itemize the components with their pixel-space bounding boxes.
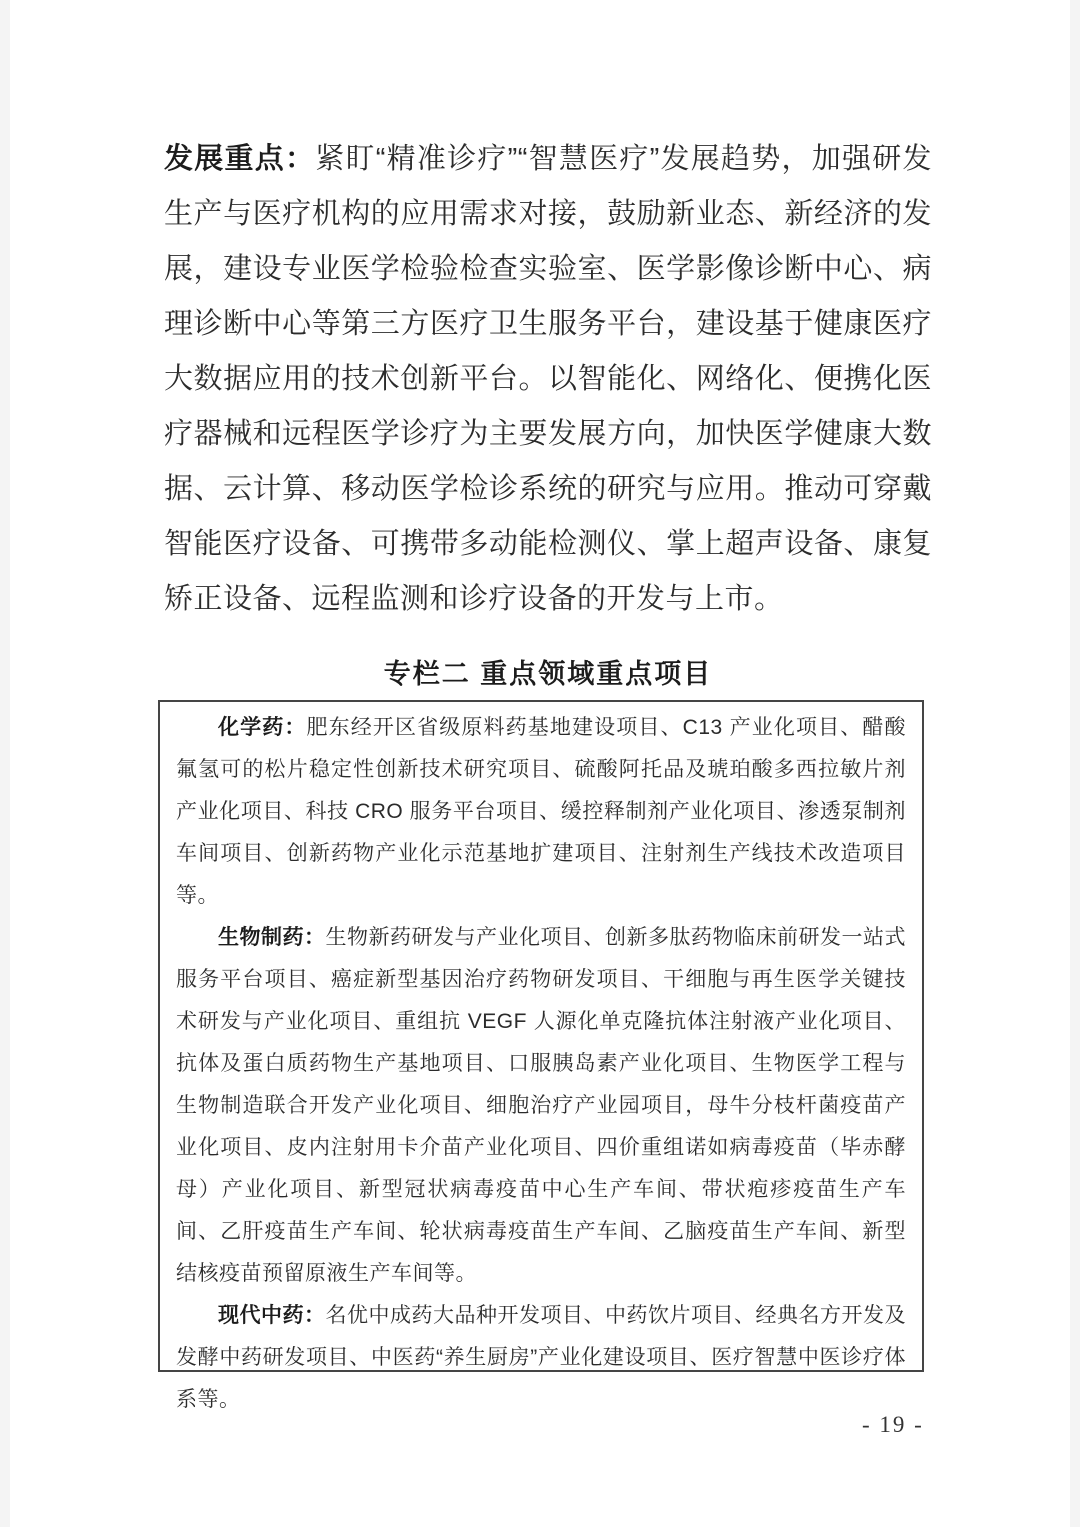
section-modern-tcm: 现代中药：名优中成药大品种开发项目、中药饮片项目、经典名方开发及发酵中药研发项目…	[176, 1295, 906, 1421]
key-projects-box: 化学药：肥东经开区省级原料药基地建设项目、C13 产业化项目、醋酸氟氢可的松片稳…	[158, 700, 924, 1372]
development-focus-text: 紧盯“精准诊疗”“智慧医疗”发展趋势，加强研发生产与医疗机构的应用需求对接，鼓励…	[164, 143, 932, 615]
section-chemical-drugs: 化学药：肥东经开区省级原料药基地建设项目、C13 产业化项目、醋酸氟氢可的松片稳…	[176, 707, 906, 917]
document-page: 发展重点：紧盯“精准诊疗”“智慧医疗”发展趋势，加强研发生产与医疗机构的应用需求…	[0, 0, 1080, 1527]
column-two-title: 专栏二 重点领域重点项目	[164, 652, 932, 691]
section-modern-tcm-label: 现代中药：	[218, 1304, 326, 1327]
section-biopharma-text: 生物新药研发与产业化项目、创新多肽药物临床前研发一站式服务平台项目、癌症新型基因…	[176, 926, 906, 1285]
section-chemical-drugs-text: 肥东经开区省级原料药基地建设项目、C13 产业化项目、醋酸氟氢可的松片稳定性创新…	[176, 716, 906, 907]
section-biopharma: 生物制药：生物新药研发与产业化项目、创新多肽药物临床前研发一站式服务平台项目、癌…	[176, 917, 906, 1295]
section-chemical-drugs-label: 化学药：	[218, 716, 307, 739]
page-number: - 19 -	[862, 1412, 924, 1438]
section-biopharma-label: 生物制药：	[218, 926, 326, 949]
development-focus-paragraph: 发展重点：紧盯“精准诊疗”“智慧医疗”发展趋势，加强研发生产与医疗机构的应用需求…	[164, 132, 932, 627]
development-focus-label: 发展重点：	[164, 143, 315, 175]
